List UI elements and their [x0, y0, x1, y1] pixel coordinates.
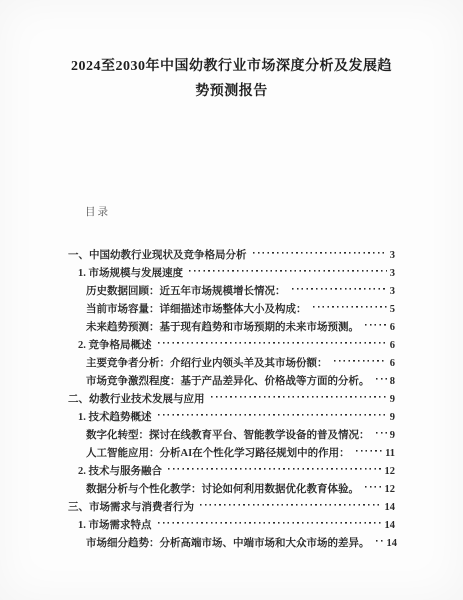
toc-dot-leader [365, 474, 382, 492]
toc-dot-leader [313, 294, 387, 312]
toc-entry-label: 当前市场容量：详细描述市场整体大小及构成： [86, 301, 307, 319]
toc-entry-page: 6 [390, 355, 395, 373]
toc-entry-page: 8 [390, 373, 395, 391]
toc-dot-leader [211, 384, 387, 402]
report-title: 2024至2030年中国幼教行业市场深度分析及发展趋 势预测报告 [68, 54, 395, 104]
toc-entry-label: 1. 市场规模与发展速度 [78, 265, 183, 283]
toc-list: 一、中国幼教行业现状及竞争格局分析 3 1. 市场规模与发展速度 3 历史数据回… [68, 240, 395, 546]
toc-entry-label: 主要竞争者分析：介绍行业内领头羊及其市场份额： [86, 355, 328, 373]
toc-entry-page: 6 [390, 319, 395, 337]
toc-entry-label: 历史数据回顾：近五年市场规模增长情况： [86, 283, 286, 301]
toc-dot-leader [200, 492, 382, 510]
toc-entry-page: 5 [390, 301, 395, 319]
toc-dot-leader [376, 528, 384, 546]
toc-dot-leader [334, 348, 387, 366]
toc-entry-page: 11 [385, 445, 395, 463]
document-page: 2024至2030年中国幼教行业市场深度分析及发展趋 势预测报告 目录 一、中国… [0, 0, 463, 600]
toc-dot-leader [376, 420, 387, 438]
toc-entry-page: 9 [390, 391, 395, 409]
toc-entry-page: 6 [390, 337, 395, 355]
toc-entry-label: 数字化转型：探讨在线教育平台、智能教学设备的普及情况： [86, 427, 370, 445]
toc-dot-leader [189, 258, 387, 276]
toc-entry-page: 14 [385, 517, 396, 535]
toc-entry-page: 9 [390, 427, 395, 445]
toc-dot-leader [292, 276, 387, 294]
toc-entry: 一、中国幼教行业现状及竞争格局分析 3 [68, 240, 395, 258]
toc-entry-label: 1. 市场需求特点 [78, 517, 152, 535]
toc-dot-leader [253, 240, 387, 258]
toc-dot-leader [158, 402, 387, 420]
toc-entry-page: 3 [390, 247, 395, 265]
toc-entry-page: 12 [385, 481, 396, 499]
toc-entry-page: 14 [385, 499, 396, 517]
toc-entry-page: 3 [390, 283, 395, 301]
toc-entry-label: 市场细分趋势：分析高端市场、中端市场和大众市场的差异。 [86, 535, 370, 553]
toc-entry-label: 1. 技术趋势概述 [78, 409, 152, 427]
toc-entry-page: 14 [387, 535, 398, 553]
toc-entry-page: 12 [385, 463, 396, 481]
toc-entry-label: 2. 竞争格局概述 [78, 337, 152, 355]
toc-dot-leader [168, 456, 382, 474]
toc-dot-leader [365, 312, 387, 330]
toc-entry-page: 9 [390, 409, 395, 427]
toc-dot-leader [376, 366, 387, 384]
toc-entry-page: 3 [390, 265, 395, 283]
toc-entry-label: 2. 技术与服务融合 [78, 463, 162, 481]
toc-dot-leader [158, 330, 387, 348]
report-title-line-2: 势预测报告 [68, 79, 395, 104]
report-title-line-1: 2024至2030年中国幼教行业市场深度分析及发展趋 [68, 54, 395, 79]
toc-dot-leader [158, 510, 382, 528]
toc-heading: 目录 [85, 204, 395, 219]
toc-dot-leader [356, 438, 382, 456]
